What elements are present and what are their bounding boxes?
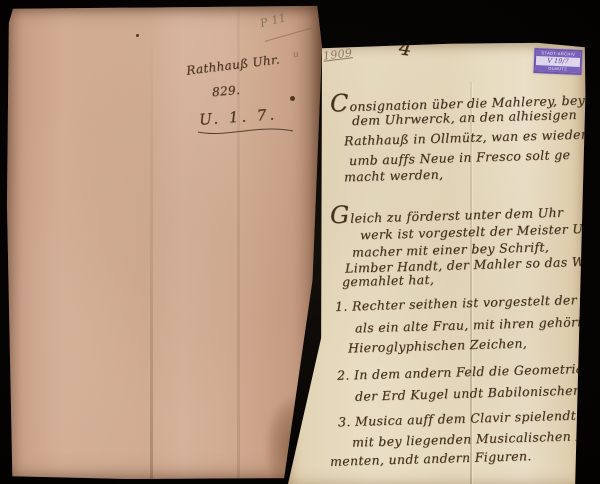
manuscript-line: Rathhauß in Ollmütz, wan es wieder	[344, 127, 587, 149]
fold-crease	[237, 4, 240, 480]
manuscript-line: menten, undt andern Figuren.	[330, 448, 532, 469]
archive-stamp: STADT-ARCHIV V 19/7 OLMÜTZ	[533, 48, 582, 75]
pencil-year-note: 1909	[322, 46, 353, 62]
left-page: Rathhauß Uhr. 829. U. 1. 7. P 11 u	[6, 4, 322, 480]
manuscript-line: 3. Musica auff dem Clavir spielendt	[338, 408, 576, 430]
manuscript-line: 2. In dem andern Feld die Geometria mit	[337, 360, 600, 383]
folio-number: 4	[397, 35, 413, 61]
pencil-corner-note: P 11	[259, 11, 288, 30]
manuscript-line: gemahlet hat,	[342, 272, 435, 290]
manuscript-scan: Rathhauß Uhr. 829. U. 1. 7. P 11 u 1909 …	[0, 0, 600, 484]
right-page: 1909 4 STADT-ARCHIV V 19/7 OLMÜTZ Consig…	[285, 42, 586, 484]
cover-note-number: 829.	[211, 83, 240, 99]
fold-crease	[150, 4, 153, 480]
cover-note-shelfmark: U. 1. 7.	[198, 105, 277, 128]
manuscript-line: Hieroglyphischen Zeichen,	[348, 336, 527, 356]
manuscript-line: 1. Rechter seithen ist vorgestelt der Fl…	[335, 291, 600, 314]
manuscript-line: umb auffs Neue in Fresco solt ge	[349, 147, 571, 168]
manuscript-line: der Erd Kugel undt Babilonischen Thurn,	[355, 381, 600, 404]
ink-speck	[136, 34, 139, 37]
manuscript-line: macht werden,	[344, 167, 444, 185]
pencil-tick-mark: u	[292, 50, 299, 61]
cover-note-title: Rathhauß Uhr.	[185, 52, 280, 77]
ink-speck	[290, 96, 295, 101]
manuscript-line: mit bey liegenden Musicalischen Instru	[352, 427, 600, 449]
manuscript-line: als ein alte Frau, mit ihren gehörigen	[355, 313, 600, 335]
pencil-stroke	[265, 27, 313, 42]
stamp-text-bottom: OLMÜTZ	[536, 65, 580, 73]
